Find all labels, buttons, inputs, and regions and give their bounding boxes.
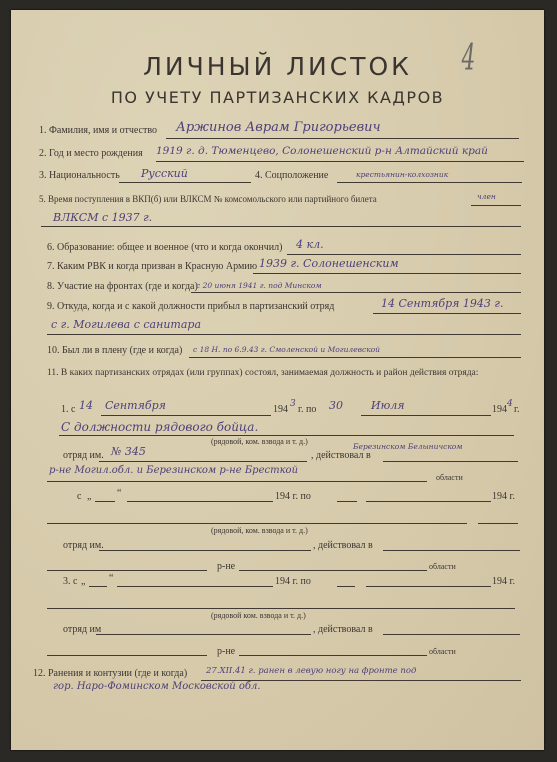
unit-1-to-month: Июля — [371, 399, 405, 412]
unit-2-position-hint: (рядовой, ком. взвода и т. д.) — [211, 526, 308, 535]
field-6-value: 4 кл. — [296, 238, 324, 251]
unit-1-g: г. — [514, 404, 519, 415]
field-2-label: 2. Год и место рождения — [39, 148, 143, 159]
unit-3-year-label: 194 г. по — [275, 576, 311, 587]
unit-3-district-label: р-не — [217, 646, 235, 657]
unit-2-from-month-line — [127, 501, 273, 502]
unit-2-quote-close: “ — [117, 488, 121, 499]
unit-3-position-line — [47, 608, 515, 609]
unit-3-from-day-line — [89, 586, 107, 587]
unit-3-district-line-b — [239, 655, 427, 656]
unit-3-district-line-a — [47, 655, 207, 656]
unit-1-from-line — [101, 415, 271, 416]
unit-2-position-line-b — [478, 523, 518, 524]
field-4-label: 4. Соцположение — [255, 170, 328, 181]
unit-3-quote-open: „ — [81, 576, 85, 587]
unit-1-to-line — [361, 415, 491, 416]
field-10-line — [189, 357, 521, 358]
field-9-value-a: 14 Сентября 1943 г. — [381, 297, 503, 310]
unit-2-acted-line — [383, 550, 520, 551]
unit-2-year-end: 194 г. — [492, 491, 515, 502]
unit-1-detachment-line — [99, 461, 307, 462]
unit-1-acted-line — [383, 461, 518, 462]
field-5-value-a: член — [477, 192, 496, 201]
unit-2-to-day-line — [337, 501, 357, 502]
unit-1-region-label: области — [436, 473, 463, 482]
field-5-line-b — [41, 226, 521, 227]
unit-1-from-year: 194 — [273, 404, 288, 415]
field-7-label: 7. Каким РВК и когда призван в Красную А… — [47, 261, 257, 272]
field-12-label: 12. Ранения и контузии (где и когда) — [33, 668, 187, 679]
unit-1-position-hint: (рядовой, ком. взвода и т. д.) — [211, 437, 308, 446]
unit-3-num: 3. с — [63, 576, 77, 587]
field-12-value-b: гор. Наро-Фоминском Московской обл. — [53, 681, 261, 692]
unit-2-district-line-a — [47, 570, 207, 571]
unit-3-detachment-line — [96, 634, 311, 635]
field-6-line — [287, 254, 521, 255]
unit-2-detachment-label: отряд им. — [63, 540, 104, 551]
field-10-label: 10. Был ли в плену (где и когда) — [47, 345, 182, 356]
field-9-line-a — [373, 313, 521, 314]
sheet-number: 4 — [462, 38, 476, 79]
field-8-label: 8. Участие на фронтах (где и когда) — [47, 281, 198, 292]
unit-1-acted-label: , действовал в — [311, 450, 371, 461]
field-5-label: 5. Время поступления в ВКП(б) или ВЛКСМ … — [39, 194, 377, 204]
field-8-value: с 20 июня 1941 г. под Минском — [196, 281, 322, 290]
field-1-label: 1. Фамилия, имя и отчество — [39, 125, 157, 136]
unit-1-from-year-suffix: 3 — [290, 399, 296, 409]
unit-1-to-year: 194 — [492, 404, 507, 415]
field-11-label: 11. В каких партизанских отрядах (или гр… — [47, 365, 517, 381]
unit-2-district-label: р-не — [217, 561, 235, 572]
field-5-line-a — [471, 205, 521, 206]
unit-3-to-day-line — [337, 586, 355, 587]
unit-1-from-day: 14 — [79, 399, 93, 412]
unit-2-position-line — [47, 523, 467, 524]
document-subtitle: ПО УЧЕТУ ПАРТИЗАНСКИХ КАДРОВ — [11, 88, 544, 107]
field-4-value: крестьянин-колхозник — [356, 170, 448, 179]
field-7-line — [253, 273, 521, 274]
unit-2-num: с — [77, 491, 81, 502]
unit-3-year-end: 194 г. — [492, 576, 515, 587]
unit-3-acted-label: , действовал в — [313, 624, 373, 635]
field-9-label: 9. Откуда, когда и с какой должности при… — [47, 301, 334, 312]
unit-3-position-hint: (рядовой ком. взвода и т. д.) — [211, 611, 306, 620]
unit-1-detachment-label: отряд им. — [63, 450, 104, 461]
field-2-value: 1919 г. д. Тюменцево, Солонешенский р-н … — [156, 145, 488, 157]
field-1-line — [166, 138, 519, 139]
unit-2-detachment-line — [99, 550, 311, 551]
field-9-value-b: с г. Могилева с санитара — [51, 318, 201, 331]
unit-1-from-month: Сентября — [105, 399, 166, 412]
field-12-value-a: 27.XII.41 г. ранен в левую ногу на фронт… — [206, 666, 416, 676]
unit-2-region-label: области — [429, 562, 456, 571]
field-1-value: Аржинов Аврам Григорьевич — [176, 120, 381, 135]
unit-3-quote-close: “ — [109, 573, 113, 584]
field-3-value: Русский — [141, 167, 188, 180]
unit-2-to-month-line — [366, 501, 491, 502]
unit-1-acted-value: Березинском Белыничском — [353, 442, 463, 451]
unit-1-district: р-не Могил.обл. и Березинском р-не Брест… — [49, 465, 298, 476]
unit-1-detachment-value: № 345 — [111, 445, 146, 458]
unit-2-acted-label: , действовал в — [313, 540, 373, 551]
unit-1-to-label: г. по — [298, 404, 316, 415]
unit-2-quote-open: „ — [87, 491, 91, 502]
field-6-label: 6. Образование: общее и военное (что и к… — [47, 242, 282, 253]
unit-1-position: С должности рядового бойца. — [61, 420, 258, 434]
field-9-line-b — [47, 334, 521, 335]
unit-1-district-line — [47, 481, 427, 482]
unit-2-year-label: 194 г. по — [275, 491, 311, 502]
field-8-line — [191, 292, 521, 293]
unit-1-to-day: 30 — [329, 399, 343, 412]
personal-record-sheet: ЛИЧНЫЙ ЛИСТОК ПО УЧЕТУ ПАРТИЗАНСКИХ КАДР… — [11, 10, 544, 750]
unit-3-acted-line — [383, 634, 520, 635]
field-3-label: 3. Национальность — [39, 170, 120, 181]
field-2-line — [156, 161, 524, 162]
field-7-value: 1939 г. Солонешенским — [259, 257, 399, 270]
unit-3-to-month-line — [366, 586, 491, 587]
field-3-line — [119, 182, 251, 183]
field-10-value: с 18 Н. по 6.9.43 г. Смоленской и Могиле… — [193, 345, 380, 354]
unit-2-from-day-line — [95, 501, 115, 502]
unit-2-district-line-b — [239, 570, 427, 571]
unit-1-to-year-suffix: 4 — [507, 399, 513, 409]
unit-3-from-month-line — [117, 586, 273, 587]
unit-3-region-label: области — [429, 647, 456, 656]
field-5-value-b: ВЛКСМ с 1937 г. — [53, 211, 152, 224]
unit-1-num: 1. с — [61, 404, 75, 415]
field-4-line — [337, 182, 522, 183]
unit-1-position-line — [59, 435, 514, 436]
